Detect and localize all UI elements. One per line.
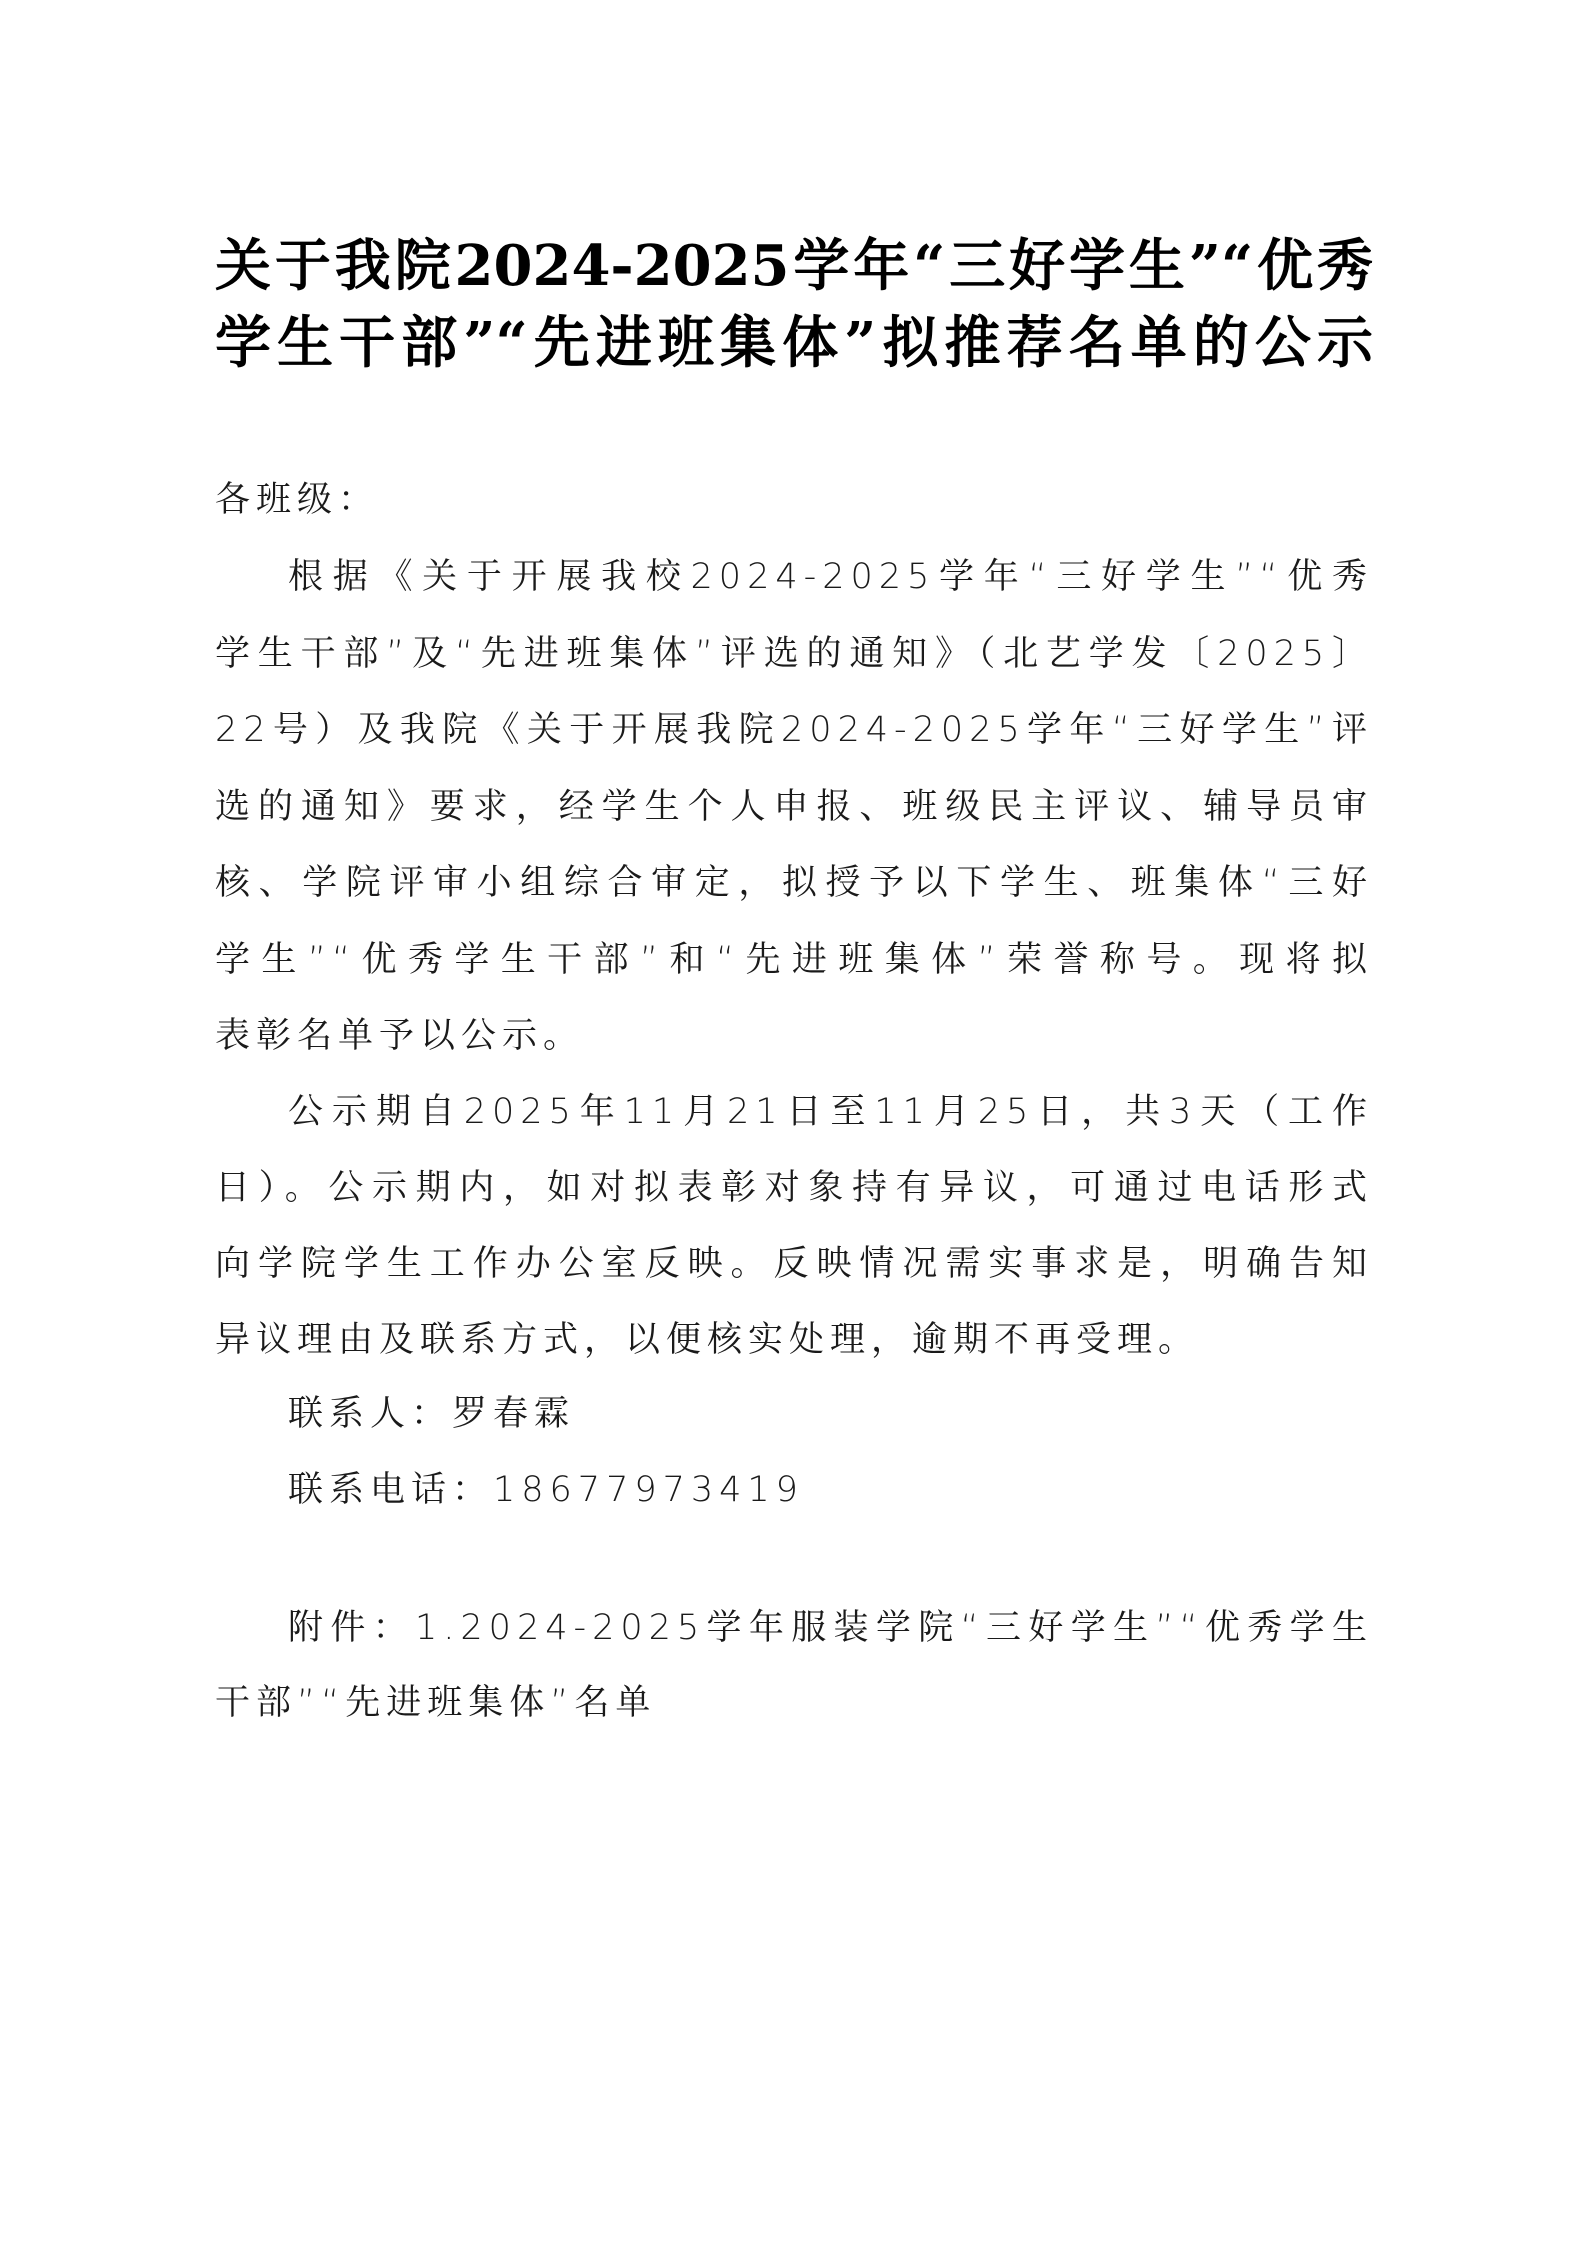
paragraph-1-line-7: 表彰名单予以公示。	[215, 1006, 1373, 1066]
contact-person: 联系人：罗春霖	[215, 1384, 1373, 1444]
paragraph-2-line-2: 日）。公示期内，如对拟表彰对象持有异议，可通过电话形式	[215, 1158, 1373, 1218]
document-title-line-2: 学生干部”“先进班集体”拟推荐名单的公示	[215, 308, 1373, 378]
salutation: 各班级：	[215, 470, 1373, 530]
paragraph-1-line-1: 根据《关于开展我校2024-2025学年“三好学生”“优秀	[215, 547, 1373, 607]
paragraph-1-line-6: 学生”“优秀学生干部”和“先进班集体”荣誉称号。现将拟	[215, 930, 1373, 990]
paragraph-2-line-4: 异议理由及联系方式，以便核实处理，逾期不再受理。	[215, 1310, 1373, 1370]
paragraph-1-line-3: 22号）及我院《关于开展我院2024-2025学年“三好学生”评	[215, 700, 1373, 760]
paragraph-1-line-5: 核、学院评审小组综合审定，拟授予以下学生、班集体“三好	[215, 853, 1373, 913]
document-title-line-1: 关于我院2024-2025学年“三好学生”“优秀	[215, 231, 1373, 301]
paragraph-1-line-2: 学生干部”及“先进班集体”评选的通知》（北艺学发〔2025〕	[215, 624, 1373, 684]
contact-phone: 联系电话：18677973419	[215, 1460, 1373, 1520]
attachment-line-2: 干部”“先进班集体”名单	[215, 1673, 1373, 1733]
paragraph-2-line-3: 向学院学生工作办公室反映。反映情况需实事求是，明确告知	[215, 1234, 1373, 1294]
paragraph-2-line-1: 公示期自2025年11月21日至11月25日，共3天（工作	[215, 1082, 1373, 1142]
attachment-line-1: 附件：1.2024-2025学年服装学院“三好学生”“优秀学生	[215, 1598, 1373, 1658]
paragraph-1-line-4: 选的通知》要求，经学生个人申报、班级民主评议、辅导员审	[215, 777, 1373, 837]
document-page: 关于我院2024-2025学年“三好学生”“优秀 学生干部”“先进班集体”拟推荐…	[0, 0, 1587, 2245]
